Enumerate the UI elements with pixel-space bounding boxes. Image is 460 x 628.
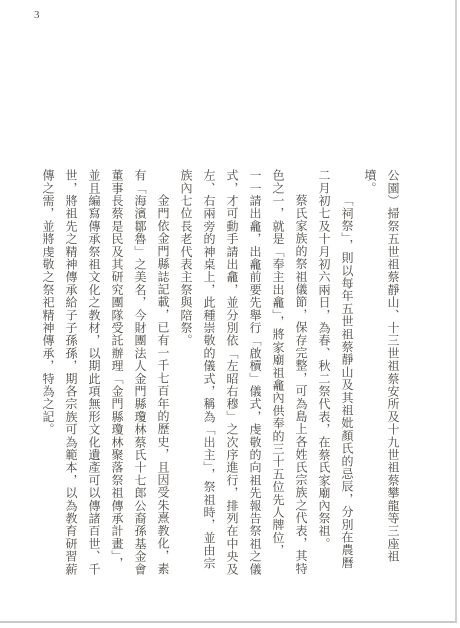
text-column: 公園）掃祭五世祖蔡靜山、十三世祖蔡安所及十九世祖蔡攀龍等三座祖 (381, 169, 404, 569)
text-column: 世，將祖先之精神傳承給子子孫孫，期各宗族可為範本，以為教育研習薪 (59, 169, 82, 569)
text-column: 「祠祭」，則以每年五世祖蔡靜山及其祖妣顏氏的忌辰，分別在農曆 (335, 169, 358, 569)
text-column: 有「海濱鄒魯」之美名，今財團法人金門縣瓊林蔡氏十七郎公裔孫基金會 (128, 169, 151, 569)
text-block: 公園）掃祭五世祖蔡靜山、十三世祖蔡安所及十九世祖蔡攀龍等三座祖墳。「祠祭」，則以… (36, 169, 404, 569)
text-column: 一一請出龕，出龕前要先舉行「啟櫝」儀式，虔敬的向祖先報告祭祖之儀 (243, 169, 266, 569)
text-column: 族內七位長老代表主祭與陪祭。 (174, 169, 197, 569)
text-column: 二月初七及十月初六兩日，為春、秋二祭代表，在蔡氏家廟內祭祖。 (312, 169, 335, 569)
text-column: 色之一，就是「奉主出龕」，將家廟祖龕內供奉的三十五位先人牌位， (266, 169, 289, 569)
text-column: 並且編寫傳承祭祖文化之教材，以期此項無形文化遺產可以傳諸百世、千 (82, 169, 105, 569)
text-column: 左、右兩旁的神桌上，此種崇敬的儀式，稱為「出主」，祭祖時，並由宗 (197, 169, 220, 569)
text-column: 金門依金門縣誌記載，已有一千七百年的歷史，且因受朱熹教化，素 (151, 169, 174, 569)
text-column: 墳。 (358, 169, 381, 569)
text-column: 蔡氏家族的祭祖儀節，保存完整，可為島上各姓氏宗族之代表，其特 (289, 169, 312, 569)
text-column: 董事長蔡是民及其研究團隊受託辦理「金門縣瓊林聚落祭祖傳承計畫」， (105, 169, 128, 569)
text-column: 傳之需，並將虔敬之祭祀精神傳承，特為之記。 (36, 169, 59, 569)
page-number: 3 (34, 9, 40, 21)
text-column: 式，才可動手請出龕，並分別依「左昭右穆」之次序進行，排列在中央及 (220, 169, 243, 569)
document-page: 3 公園）掃祭五世祖蔡靜山、十三世祖蔡安所及十九世祖蔡攀龍等三座祖墳。「祠祭」，… (0, 0, 457, 623)
